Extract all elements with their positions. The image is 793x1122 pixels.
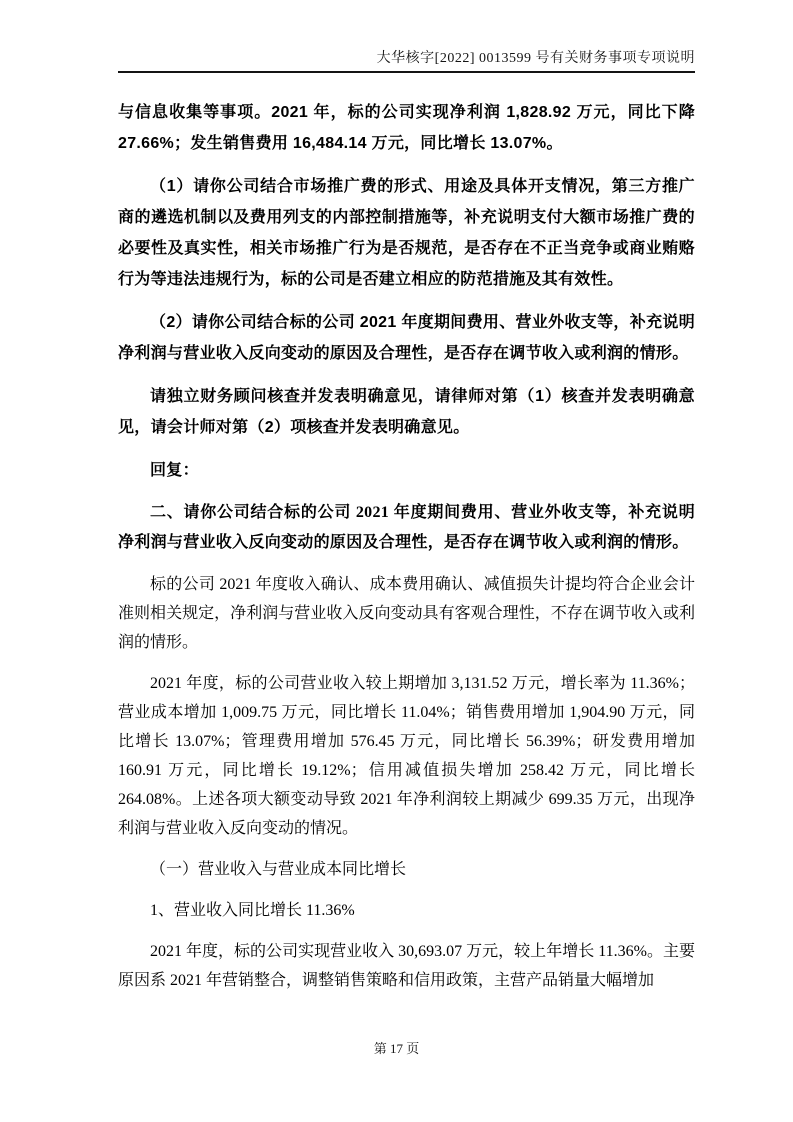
subsection-item-revenue-growth: 1、营业收入同比增长 11.36% <box>118 896 695 925</box>
section-heading-question-restate: 二、请你公司结合标的公司 2021 年度期间费用、营业外收支等，补充说明净利润与… <box>118 498 695 558</box>
page-number: 第 17 页 <box>374 1041 420 1056</box>
subsection-heading-revenue-cost-growth: （一）营业收入与营业成本同比增长 <box>118 855 695 884</box>
document-header: 大华核字[2022] 0013599 号有关财务事项专项说明 <box>118 50 695 73</box>
document-page: 大华核字[2022] 0013599 号有关财务事项专项说明 与信息收集等事项。… <box>0 0 793 1122</box>
header-title: 大华核字[2022] 0013599 号有关财务事项专项说明 <box>118 50 695 67</box>
reply-label: 回复： <box>118 455 695 486</box>
paragraph-question-2: （2）请你公司结合标的公司 2021 年度期间费用、营业外收支等，补充说明净利润… <box>118 307 695 369</box>
document-footer: 第 17 页 <box>0 1038 793 1057</box>
paragraph-revenue-explanation: 2021 年度，标的公司实现营业收入 30,693.07 万元，较上年增长 11… <box>118 937 695 995</box>
paragraph-question-1: （1）请你公司结合市场推广费的形式、用途及具体开支情况，第三方推广商的遴选机制以… <box>118 171 695 295</box>
paragraph-continuation-net-profit: 与信息收集等事项。2021 年，标的公司实现净利润 1,828.92 万元，同比… <box>118 97 695 159</box>
paragraph-verification-request: 请独立财务顾问核查并发表明确意见，请律师对第（1）核查并发表明确意见，请会计师对… <box>118 381 695 443</box>
paragraph-answer-summary: 标的公司 2021 年度收入确认、成本费用确认、减值损失计提均符合企业会计准则相… <box>118 570 695 657</box>
document-body: 与信息收集等事项。2021 年，标的公司实现净利润 1,828.92 万元，同比… <box>118 97 695 1007</box>
paragraph-answer-detail-changes: 2021 年度，标的公司营业收入较上期增加 3,131.52 万元，增长率为 1… <box>118 669 695 843</box>
